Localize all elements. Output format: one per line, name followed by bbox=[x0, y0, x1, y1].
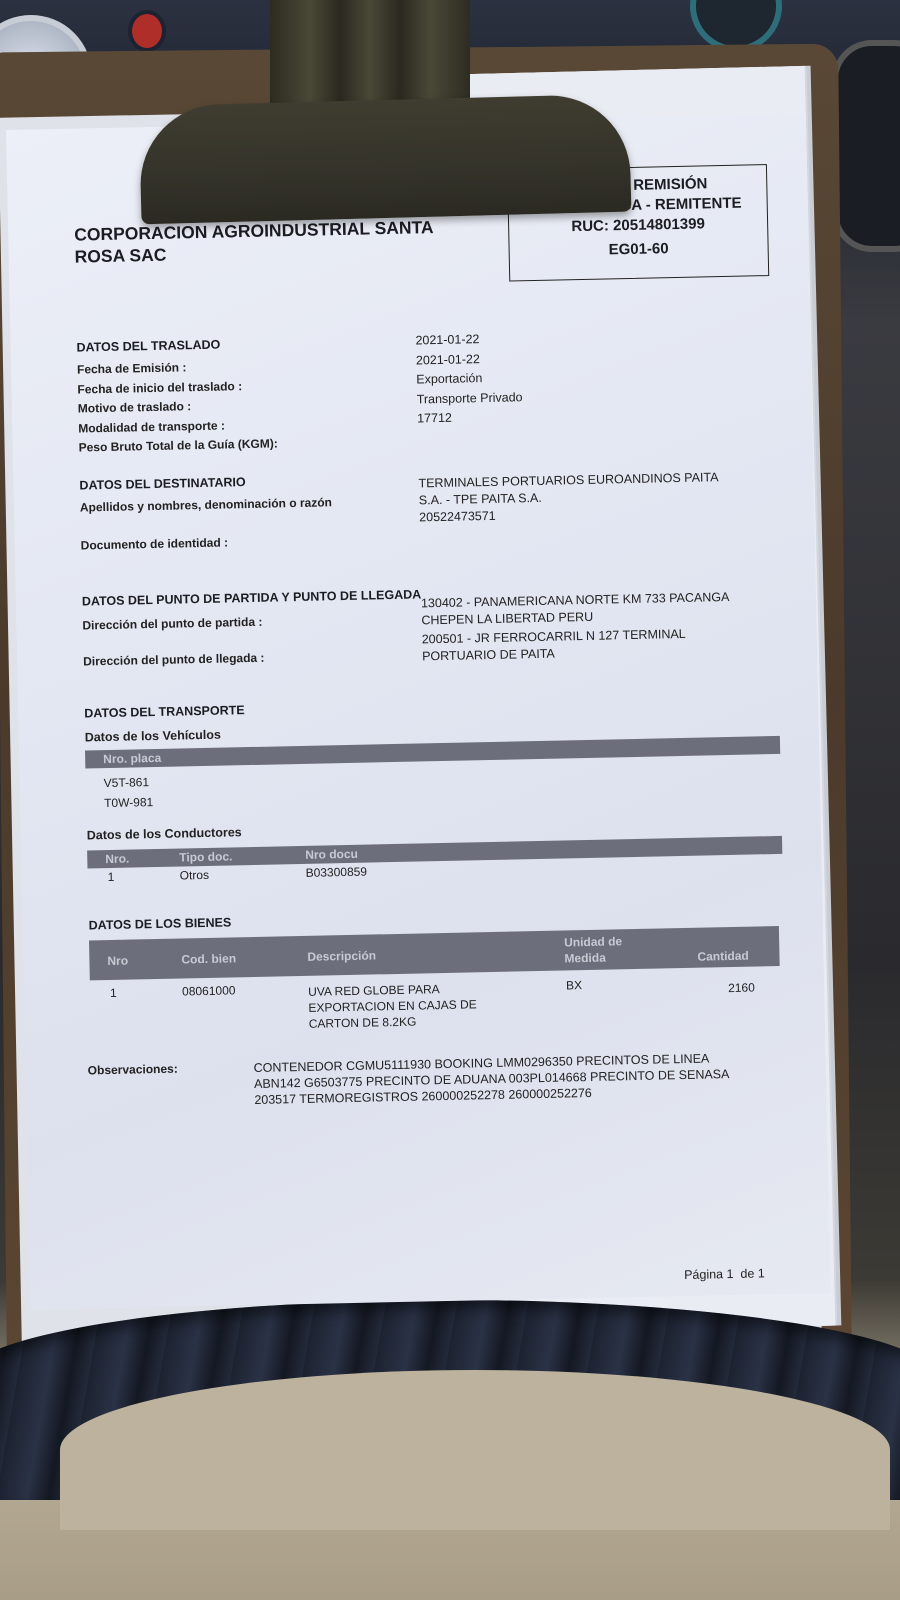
bienes-row: 1 08061000 UVA RED GLOBE PARA EXPORTACIO… bbox=[90, 972, 781, 1036]
label-peso: Peso Bruto Total de la Guía (KGM): bbox=[78, 434, 277, 458]
bien-codigo: 08061000 bbox=[182, 983, 236, 998]
dashboard-gauge bbox=[832, 40, 900, 252]
section-title-puntos: DATOS DEL PUNTO DE PARTIDA Y PUNTO DE LL… bbox=[82, 587, 422, 608]
descripcion-line: CARTON DE 8.2KG bbox=[309, 1012, 478, 1032]
dashboard-red-button bbox=[132, 14, 162, 48]
header-nro-placa: Nro. placa bbox=[103, 751, 161, 766]
value-motivo: Exportación bbox=[416, 368, 522, 390]
value-partida: 130402 - PANAMERICANA NORTE KM 733 PACAN… bbox=[421, 589, 730, 629]
conductor-nro: 1 bbox=[108, 870, 115, 884]
label-partida: Dirección del punto de partida : bbox=[82, 615, 262, 633]
subtitle-vehiculos: Datos de los Vehículos bbox=[85, 728, 221, 745]
header-nro: Nro. bbox=[105, 850, 129, 868]
header-nro: Nro bbox=[107, 954, 128, 968]
value-fecha-inicio: 2021-01-22 bbox=[416, 349, 522, 371]
bien-unidad: BX bbox=[566, 978, 582, 992]
header-nro-docu: Nro docu bbox=[305, 845, 358, 864]
label-observaciones: Observaciones: bbox=[88, 1062, 178, 1078]
bien-descripcion: UVA RED GLOBE PARA EXPORTACION EN CAJAS … bbox=[308, 980, 477, 1032]
page-number: Página 1 de 1 bbox=[684, 1266, 765, 1282]
header-unidad-line: Unidad de bbox=[564, 933, 622, 950]
header-unidad-line: Medida bbox=[564, 949, 622, 966]
vehiculos-list: V5T-861 T0W-981 bbox=[103, 772, 153, 813]
header-cod-bien: Cod. bien bbox=[181, 951, 236, 966]
section-title-transporte: DATOS DEL TRANSPORTE bbox=[84, 703, 245, 720]
label-razon-social: Apellidos y nombres, denominación o razó… bbox=[80, 495, 332, 514]
conductor-tipo-doc: Otros bbox=[180, 868, 210, 883]
section-title-bienes: DATOS DE LOS BIENES bbox=[89, 915, 232, 932]
bienes-table-header: Nro Cod. bien Descripción Unidad de Medi… bbox=[89, 926, 780, 980]
header-descripcion: Descripción bbox=[307, 948, 376, 963]
company-name: CORPORACION AGROINDUSTRIAL SANTA ROSA SA… bbox=[74, 215, 475, 267]
clipboard-clip bbox=[139, 94, 632, 225]
conductor-nro-docu: B03300859 bbox=[305, 865, 367, 880]
section-title-destinatario: DATOS DEL DESTINATARIO bbox=[79, 475, 245, 492]
value-modalidad: Transporte Privado bbox=[417, 388, 523, 410]
subtitle-conductores: Datos de los Conductores bbox=[87, 825, 242, 842]
remission-guide-document: CORPORACION AGROINDUSTRIAL SANTA ROSA SA… bbox=[6, 113, 831, 1309]
header-tipo-doc: Tipo doc. bbox=[179, 847, 232, 866]
header-unidad-medida: Unidad de Medida bbox=[564, 933, 623, 966]
value-observaciones: CONTENEDOR CGMU5111930 BOOKING LMM029635… bbox=[254, 1050, 730, 1108]
traslado-values: 2021-01-22 2021-01-22 Exportación Transp… bbox=[415, 329, 523, 429]
traslado-labels: Fecha de Emisión : Fecha de inicio del t… bbox=[77, 356, 278, 458]
lap-background bbox=[60, 1370, 890, 1530]
bien-cantidad: 2160 bbox=[728, 981, 755, 996]
label-documento: Documento de identidad : bbox=[81, 535, 229, 552]
value-fecha-emision: 2021-01-22 bbox=[415, 329, 521, 351]
header-cantidad: Cantidad bbox=[697, 949, 749, 964]
vehicle-plate: T0W-981 bbox=[104, 792, 154, 813]
value-llegada: 200501 - JR FERROCARRIL N 127 TERMINAL P… bbox=[422, 626, 687, 666]
value-peso: 17712 bbox=[417, 407, 523, 429]
section-title-traslado: DATOS DEL TRASLADO bbox=[76, 338, 220, 355]
bien-nro: 1 bbox=[110, 986, 117, 1000]
value-razon-social: TERMINALES PORTUARIOS EUROANDINOS PAITA … bbox=[418, 469, 719, 526]
vehicle-plate: V5T-861 bbox=[103, 772, 153, 793]
document-number: EG01-60 bbox=[509, 237, 767, 262]
label-llegada: Dirección del punto de llegada : bbox=[83, 651, 265, 669]
